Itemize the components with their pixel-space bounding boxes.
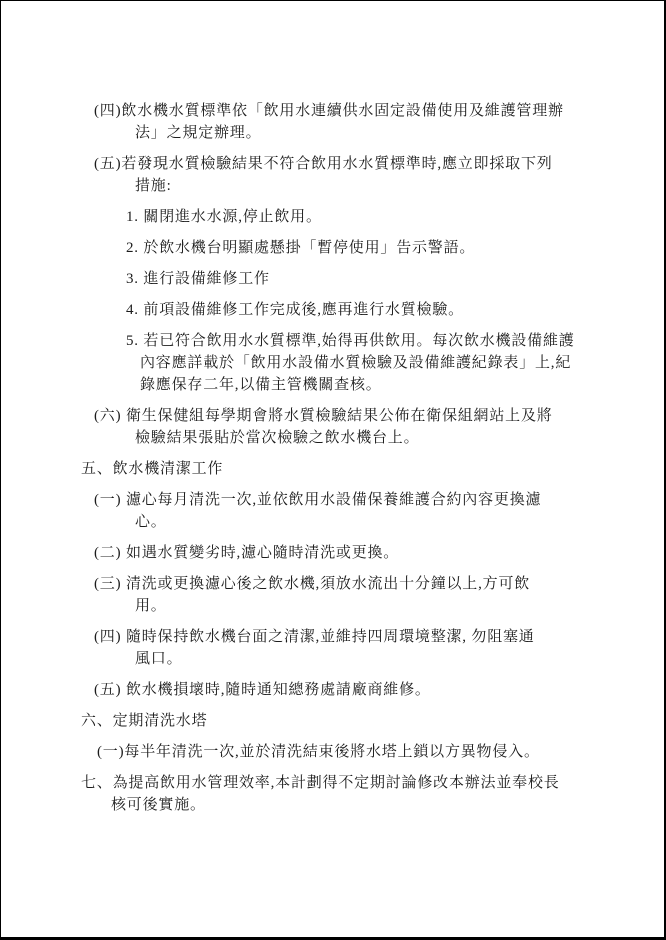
text-line: 五、飲水機清潔工作 bbox=[81, 458, 634, 480]
text-line: (五) 飲水機損壞時,隨時通知總務處請廠商維修。 bbox=[94, 679, 634, 701]
text-line: 六、定期清洗水塔 bbox=[81, 710, 634, 732]
text-line: 措施: bbox=[135, 175, 634, 197]
text-line: 2. 於飲水機台明顯處懸掛「暫停使用」告示警語。 bbox=[126, 237, 634, 259]
text-line: 5. 若已符合飲用水水質標準,始得再供飲用。每次飲水機設備維護 bbox=[126, 330, 634, 352]
section-7-paragraph: 七、為提高飲用水管理效率,本計劃得不定期討論修改本辦法並奉校長 核可後實施。 bbox=[81, 772, 634, 816]
text-line: 1. 關閉進水水源,停止飲用。 bbox=[126, 206, 634, 228]
text-line: (六) 衛生保健組每學期會將水質檢驗結果公佈在衛保組網站上及將 bbox=[94, 405, 634, 427]
text-line: 3. 進行設備維修工作 bbox=[126, 268, 634, 290]
clause-5-paragraph: (五)若發現水質檢驗結果不符合飲用水水質標準時,應立即採取下列 措施: bbox=[81, 153, 634, 197]
step-1-paragraph: 1. 關閉進水水源,停止飲用。 bbox=[81, 206, 634, 228]
step-4-paragraph: 4. 前項設備維修工作完成後,應再進行水質檢驗。 bbox=[81, 299, 634, 321]
step-2-paragraph: 2. 於飲水機台明顯處懸掛「暫停使用」告示警語。 bbox=[81, 237, 634, 259]
step-3-paragraph: 3. 進行設備維修工作 bbox=[81, 268, 634, 290]
section-5-item-1-paragraph: (一) 濾心每月清洗一次,並依飲用水設備保養維護合約內容更換濾 心。 bbox=[81, 489, 634, 533]
section-6-heading: 六、定期清洗水塔 bbox=[81, 710, 634, 732]
text-line: (五)若發現水質檢驗結果不符合飲用水水質標準時,應立即採取下列 bbox=[94, 153, 634, 175]
text-line: 檢驗結果張貼於當次檢驗之飲水機台上。 bbox=[135, 427, 634, 449]
section-5-item-2-paragraph: (二) 如遇水質變劣時,濾心隨時清洗或更換。 bbox=[81, 542, 634, 564]
document-page: (四)飲水機水質標準依「飲用水連續供水固定設備使用及維護管理辦 法」之規定辦理。… bbox=[0, 0, 666, 940]
section-5-item-5-paragraph: (五) 飲水機損壞時,隨時通知總務處請廠商維修。 bbox=[81, 679, 634, 701]
text-line: (四)飲水機水質標準依「飲用水連續供水固定設備使用及維護管理辦 bbox=[94, 100, 634, 122]
text-line: (一) 濾心每月清洗一次,並依飲用水設備保養維護合約內容更換濾 bbox=[94, 489, 634, 511]
text-line: 錄應保存二年,以備主管機關查核。 bbox=[140, 374, 634, 396]
section-5-heading: 五、飲水機清潔工作 bbox=[81, 458, 634, 480]
text-line: 用。 bbox=[135, 595, 634, 617]
text-line: (三) 清洗或更換濾心後之飲水機,須放水流出十分鐘以上,方可飲 bbox=[94, 573, 634, 595]
step-5-paragraph: 5. 若已符合飲用水水質標準,始得再供飲用。每次飲水機設備維護 內容應詳載於「飲… bbox=[81, 330, 634, 396]
section-6-item-1-paragraph: (一)每半年清洗一次,並於清洗結束後將水塔上鎖以方異物侵入。 bbox=[81, 741, 634, 763]
text-line: 核可後實施。 bbox=[111, 794, 634, 816]
clause-4-paragraph: (四)飲水機水質標準依「飲用水連續供水固定設備使用及維護管理辦 法」之規定辦理。 bbox=[81, 100, 634, 144]
section-5-item-3-paragraph: (三) 清洗或更換濾心後之飲水機,須放水流出十分鐘以上,方可飲 用。 bbox=[81, 573, 634, 617]
text-line: (二) 如遇水質變劣時,濾心隨時清洗或更換。 bbox=[94, 542, 634, 564]
text-line: 風口。 bbox=[135, 648, 634, 670]
document-body: (四)飲水機水質標準依「飲用水連續供水固定設備使用及維護管理辦 法」之規定辦理。… bbox=[1, 1, 664, 816]
clause-6-paragraph: (六) 衛生保健組每學期會將水質檢驗結果公佈在衛保組網站上及將 檢驗結果張貼於當… bbox=[81, 405, 634, 449]
text-line: 心。 bbox=[135, 511, 634, 533]
text-line: 七、為提高飲用水管理效率,本計劃得不定期討論修改本辦法並奉校長 bbox=[81, 772, 634, 794]
section-5-item-4-paragraph: (四) 隨時保持飲水機台面之清潔,並維持四周環境整潔, 勿阻塞通 風口。 bbox=[81, 626, 634, 670]
text-line: 4. 前項設備維修工作完成後,應再進行水質檢驗。 bbox=[126, 299, 634, 321]
text-line: 法」之規定辦理。 bbox=[135, 122, 634, 144]
text-line: (一)每半年清洗一次,並於清洗結束後將水塔上鎖以方異物侵入。 bbox=[97, 741, 634, 763]
text-line: 內容應詳載於「飲用水設備水質檢驗及設備維護紀錄表」上,紀 bbox=[140, 352, 634, 374]
text-line: (四) 隨時保持飲水機台面之清潔,並維持四周環境整潔, 勿阻塞通 bbox=[94, 626, 634, 648]
